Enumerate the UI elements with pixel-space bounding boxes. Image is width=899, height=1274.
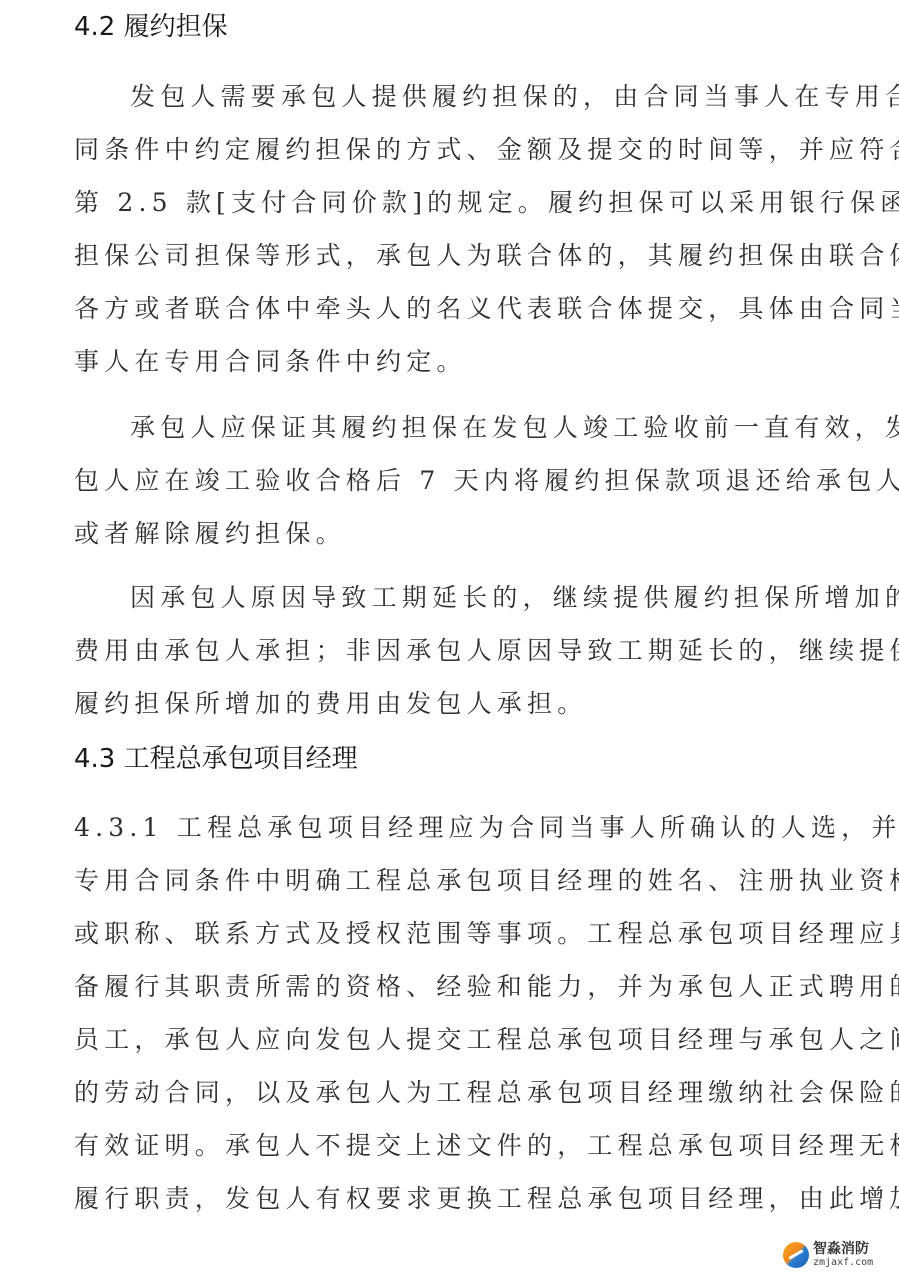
text-line: 履行职责，发包人有权要求更换工程总承包项目经理，由此增加 xyxy=(74,1179,899,1215)
text-line: 各方或者联合体中牵头人的名义代表联合体提交，具体由合同当 xyxy=(74,289,899,325)
document-page: 4.2 履约担保 发包人需要承包人提供履约担保的，由合同当事人在专用合 同条件中… xyxy=(0,0,899,1274)
text-line: 担保公司担保等形式，承包人为联合体的，其履约担保由联合体 xyxy=(74,236,899,272)
text-line: 同条件中约定履约担保的方式、金额及提交的时间等，并应符合 xyxy=(74,130,899,166)
watermark-url: zmjaxf.com xyxy=(813,1258,873,1268)
text-line: 4.3.1 工程总承包项目经理应为合同当事人所确认的人选，并在 xyxy=(74,808,899,844)
text-line: 或者解除履约担保。 xyxy=(74,514,346,550)
heading-4-2: 4.2 履约担保 xyxy=(74,6,228,43)
text-line: 专用合同条件中明确工程总承包项目经理的姓名、注册执业资格 xyxy=(74,861,899,897)
text-line: 履约担保所增加的费用由发包人承担。 xyxy=(74,684,587,720)
text-line: 的劳动合同，以及承包人为工程总承包项目经理缴纳社会保险的 xyxy=(74,1073,899,1109)
text-line: 第 2.5 款[支付合同价款]的规定。履约担保可以采用银行保函或 xyxy=(74,183,899,219)
heading-4-3: 4.3 工程总承包项目经理 xyxy=(74,738,358,775)
watermark: 智淼消防 zmjaxf.com xyxy=(783,1242,873,1268)
text-line: 备履行其职责所需的资格、经验和能力，并为承包人正式聘用的 xyxy=(74,967,899,1003)
text-line: 承包人应保证其履约担保在发包人竣工验收前一直有效，发 xyxy=(130,408,899,444)
text-line: 或职称、联系方式及授权范围等事项。工程总承包项目经理应具 xyxy=(74,914,899,950)
text-line: 发包人需要承包人提供履约担保的，由合同当事人在专用合 xyxy=(130,77,899,113)
text-line: 因承包人原因导致工期延长的，继续提供履约担保所增加的 xyxy=(130,578,899,614)
text-line: 有效证明。承包人不提交上述文件的，工程总承包项目经理无权 xyxy=(74,1126,899,1162)
zmjaxf-logo-icon xyxy=(783,1242,809,1268)
text-line: 费用由承包人承担；非因承包人原因导致工期延长的，继续提供 xyxy=(74,631,899,667)
watermark-name: 智淼消防 xyxy=(813,1242,873,1256)
text-line: 事人在专用合同条件中约定。 xyxy=(74,342,467,378)
text-line: 包人应在竣工验收合格后 7 天内将履约担保款项退还给承包人 xyxy=(74,461,899,497)
text-line: 员工，承包人应向发包人提交工程总承包项目经理与承包人之间 xyxy=(74,1020,899,1056)
